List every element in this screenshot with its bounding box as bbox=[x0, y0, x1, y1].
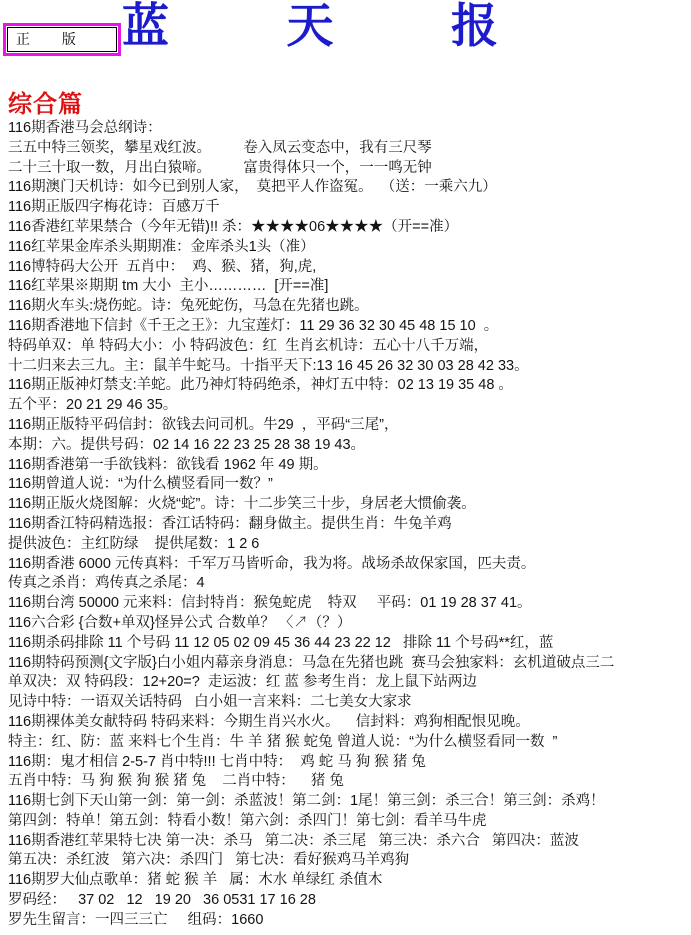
section-title: 综合篇 bbox=[8, 84, 83, 119]
report-line: 116期特码预测{文字版}白小姐内幕亲身消息：马急在先猪也跳 赛马会独家料：玄机… bbox=[8, 654, 691, 674]
report-line: 116期正版四字梅花诗：百感万千 bbox=[8, 198, 691, 218]
report-line: 第四剑：特单！第五剑：特看小数！第六剑：杀四门！第七剑：看羊马牛虎 bbox=[8, 812, 691, 832]
title-char-2: 天 bbox=[287, 0, 334, 56]
report-line: 116期香港红苹果特七决 第一决：杀马 第二决：杀三尾 第三决：杀六合 第四决：… bbox=[8, 832, 691, 852]
report-line: 单双决：双 特码段：12+20=? 走运波：红 蓝 参考生肖：龙上鼠下站两边 bbox=[8, 673, 691, 693]
report-line: 116期台湾 50000 元来料：信封特肖：猴兔蛇虎 特双 平码：01 19 2… bbox=[8, 594, 691, 614]
report-line: 116期：鬼才相信 2-5-7 肖中特!!! 七肖中特： 鸡 蛇 马 狗 猴 猪… bbox=[8, 753, 691, 773]
report-line: 116红苹果金库杀头期期准：金库杀头1头（准） bbox=[8, 238, 691, 258]
title-char-3: 报 bbox=[451, 0, 498, 56]
report-line: 116期香港第一手欲钱料：欲钱看 1962 年 49 期。 bbox=[8, 456, 691, 476]
report-line: 五肖中特：马 狗 猴 狗 猴 猪 兔 二肖中特： 猪 兔 bbox=[8, 772, 691, 792]
report-line: 二十三十取一数，月出白猿啼。 富贵得体只一个，一一鸣无钟 bbox=[8, 159, 691, 179]
report-line: 116期杀码排除 11 个号码 11 12 05 02 09 45 36 44 … bbox=[8, 634, 691, 654]
report-line: 116期香港 6000 元传真料：千军万马皆听命，我为将。战场杀故保家国，匹夫责… bbox=[8, 555, 691, 575]
report-line: 116期香港地下信封《千王之王》：九宝莲灯：11 29 36 32 30 45 … bbox=[8, 317, 691, 337]
report-line: 116期七剑下天山第一剑：第一剑：杀蓝波！第二剑：1尾！第三剑：杀三合！第三剑：… bbox=[8, 792, 691, 812]
report-line: 116香港红苹果禁合（今年无错)!! 杀：★★★★06★★★★（开==准） bbox=[8, 218, 691, 238]
title-char-1: 蓝 bbox=[122, 0, 169, 56]
report-line: 116期裸体美女献特码 特码来料：今期生肖兴水火。 信封料：鸡狗相配恨见晚。 bbox=[8, 713, 691, 733]
report-lines: 116期香港马会总纲诗： 三五中特三领奖，攀星戏红波。 卷入凤云变态中，我有三尺… bbox=[8, 119, 691, 931]
page-title: 蓝 天 报 bbox=[122, 0, 498, 56]
report-line: 116期火车头:烧伤蛇。诗：兔死蛇伤，马急在先猪也跳。 bbox=[8, 297, 691, 317]
report-line: 见诗中特：一语双关话特码 白小姐一言来料：二七美女大家求 bbox=[8, 693, 691, 713]
report-line: 116期正版神灯禁支:羊蛇。此乃神灯特码绝杀，神灯五中特：02 13 19 35… bbox=[8, 376, 691, 396]
report-line: 罗先生留言：一四三三亡 组码：1660 bbox=[8, 911, 691, 931]
report-line: 116红苹果※期期 tm 大小 主小………… [开==准] bbox=[8, 277, 691, 297]
report-line: 116期曾道人说：“为什么横竖看同一数？” bbox=[8, 475, 691, 495]
report-line: 传真之杀肖：鸡传真之杀尾：4 bbox=[8, 574, 691, 594]
report-line: 116六合彩 {合数+单双}怪异公式 合数单？ 〈↗（？） bbox=[8, 614, 691, 634]
report-line: 116期香港马会总纲诗： bbox=[8, 119, 691, 139]
report-line: 十二归来去三九。主：鼠羊牛蛇马。十指平天下:13 16 45 26 32 30 … bbox=[8, 357, 691, 377]
report-line: 提供波色：主红防绿 提供尾数：1 2 6 bbox=[8, 535, 691, 555]
report-line: 特码单双：单 特码大小：小 特码波色：红 生肖玄机诗：五心十八千万端， bbox=[8, 337, 691, 357]
report-line: 五个平：20 21 29 46 35。 bbox=[8, 396, 691, 416]
report-line: 116期澳门天机诗：如今已到别人家， 莫把平人作盗冤。 （送：一乘六九） bbox=[8, 178, 691, 198]
report-line: 116博特码大公开 五肖中： 鸡、猴、猪，狗,虎, bbox=[8, 258, 691, 278]
report-line: 116期正版火烧图解：火烧“蛇”。诗：十二步笑三十步，身居老大惯偷袭。 bbox=[8, 495, 691, 515]
report-line: 特主：红、防：蓝 来料七个生肖：牛 羊 猪 猴 蛇兔 曾道人说：“为什么横竖看同… bbox=[8, 733, 691, 753]
report-line: 116期正版特平码信封：欲钱去问司机。牛29 ，平码“三尾”， bbox=[8, 416, 691, 436]
report-line: 116期罗大仙点歌单：猪 蛇 猴 羊 属：木水 单绿红 杀值木 bbox=[8, 871, 691, 891]
edition-badge-label: 正 版 bbox=[7, 27, 117, 52]
edition-badge: 正 版 bbox=[3, 23, 121, 56]
report-line: 第五决：杀红波 第六决：杀四门 第七决：看好猴鸡马羊鸡狗 bbox=[8, 851, 691, 871]
report-line: 本期：六。提供号码：02 14 16 22 23 25 28 38 19 43。 bbox=[8, 436, 691, 456]
report-line: 三五中特三领奖，攀星戏红波。 卷入凤云变态中，我有三尺琴 bbox=[8, 139, 691, 159]
lantian-report-page: 正 版 蓝 天 报 综合篇 116期香港马会总纲诗： 三五中特三领奖，攀星戏红波… bbox=[0, 0, 691, 935]
report-line: 罗码经： 37 02 12 19 20 36 0531 17 16 28 bbox=[8, 891, 691, 911]
report-line: 116期香江特码精选报：香江话特码：翻身做主。提供生肖：牛兔羊鸡 bbox=[8, 515, 691, 535]
